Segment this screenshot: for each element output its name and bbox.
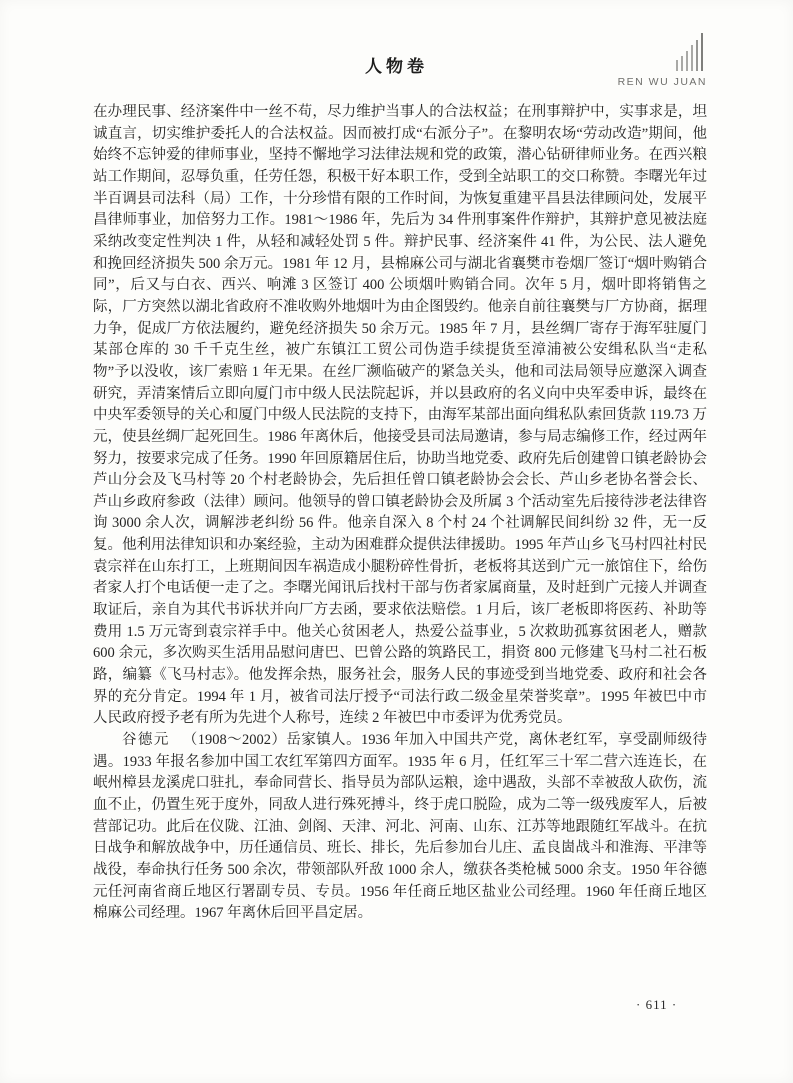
body-paragraph-2: 谷德元（1908～2002）岳家镇人。1936 年加入中国共产党，离休老红军，享… bbox=[93, 730, 707, 925]
person-name: 谷德元 bbox=[122, 732, 183, 748]
text-body: 在办理民事、经济案件中一丝不苟，尽力维护当事人的合法权益；在刑事辩护中，实事求是… bbox=[93, 102, 707, 925]
page-number: · 611 · bbox=[636, 997, 677, 1013]
volume-logo: REN WU JUAN bbox=[618, 33, 707, 88]
vertical-bars-icon bbox=[618, 33, 703, 71]
logo-caption: REN WU JUAN bbox=[618, 76, 707, 88]
book-page: 人物卷 REN WU JUAN 在办理民事、经济案件中一丝不苟，尽力维护当事人的… bbox=[0, 0, 793, 1083]
body-paragraph-1: 在办理民事、经济案件中一丝不苟，尽力维护当事人的合法权益；在刑事辩护中，实事求是… bbox=[93, 102, 707, 730]
biography-text: （1908～2002）岳家镇人。1936 年加入中国共产党，离休老红军，享受副师… bbox=[93, 732, 707, 921]
